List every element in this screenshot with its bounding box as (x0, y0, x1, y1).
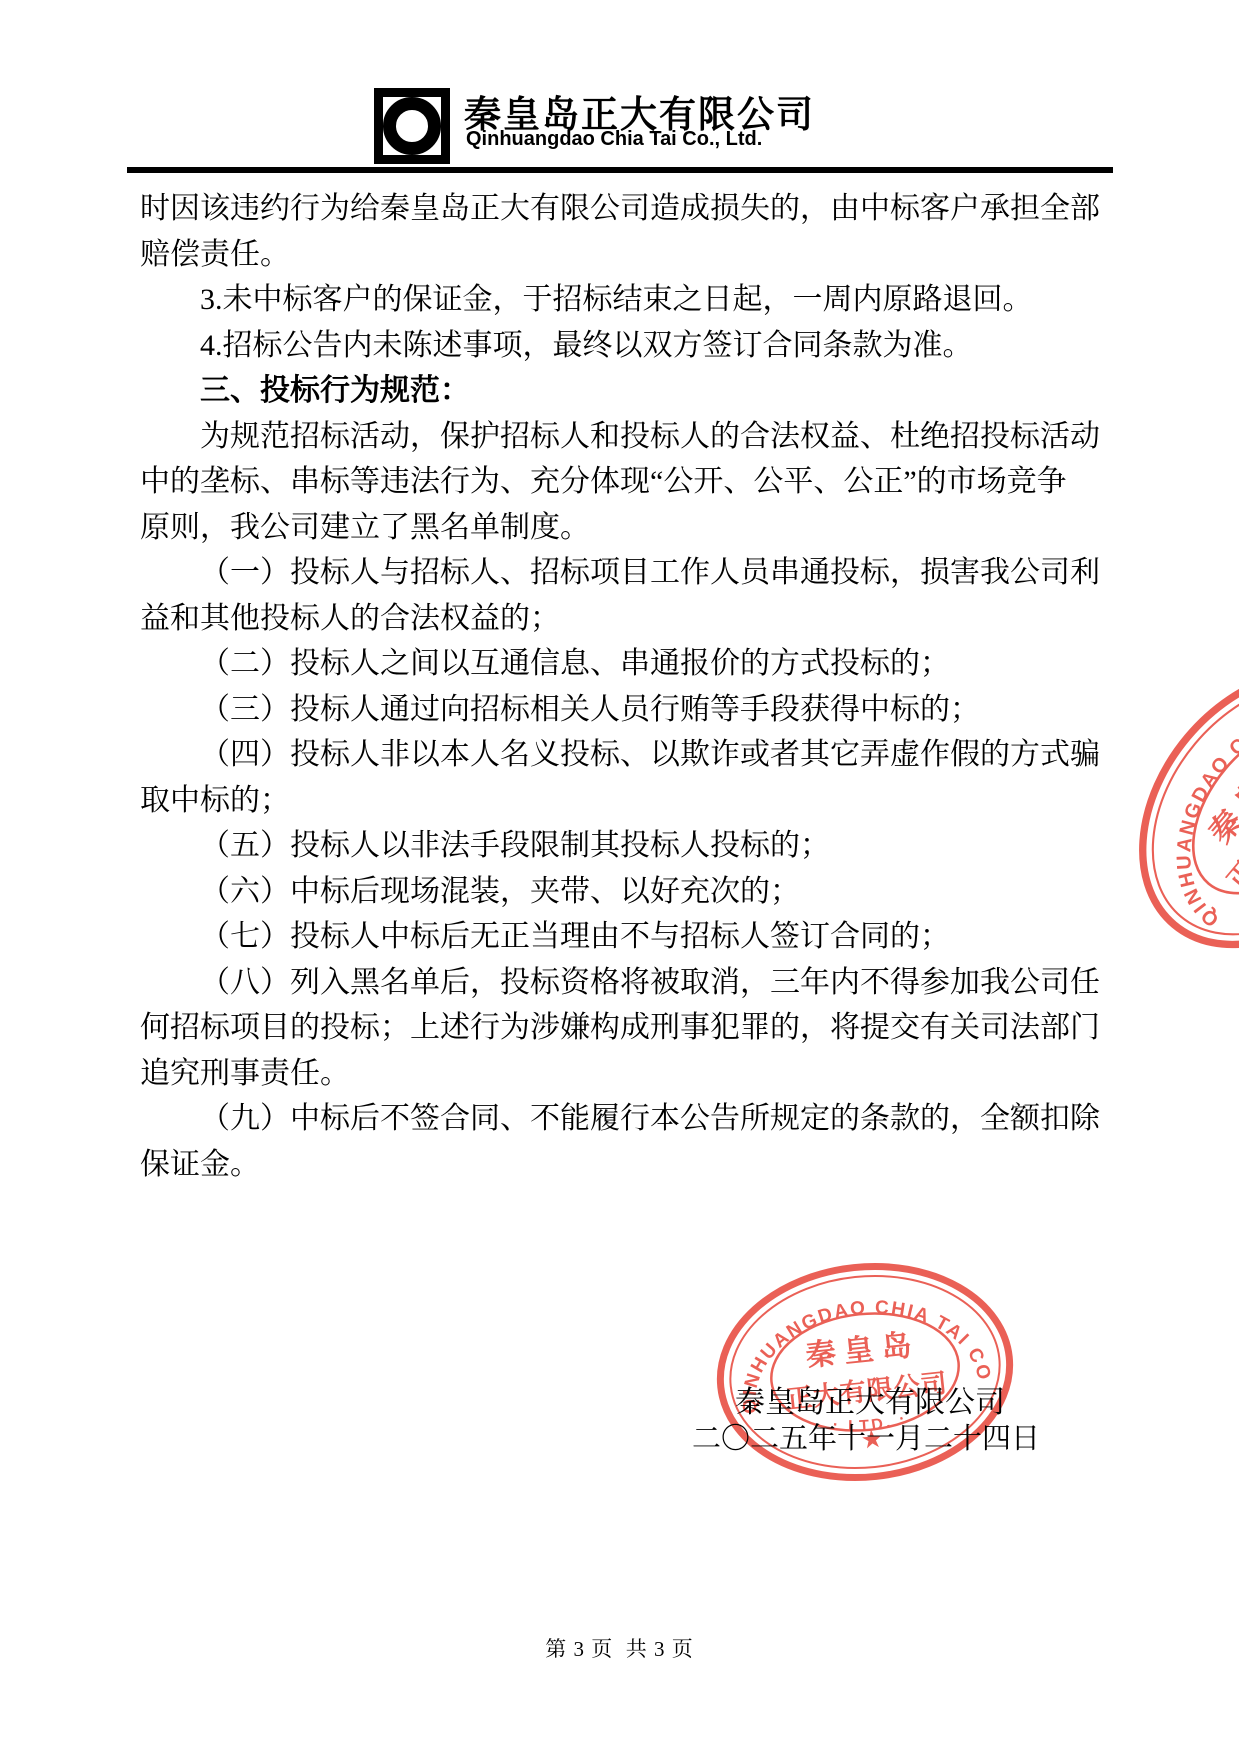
body-line: （五）投标人以非法手段限制其投标人投标的； (140, 823, 1116, 869)
body-line: 3.未中标客户的保证金，于招标结束之日起，一周内原路退回。 (140, 277, 1116, 323)
seal-icon: QINHUANGDAO CHIA TAI CO. · LTD. · 秦皇岛 正大… (682, 1225, 1047, 1519)
body-line: 何招标项目的投标；上述行为涉嫌构成刑事犯罪的，将提交有关司法部门 (140, 1005, 1116, 1051)
body-line: （四）投标人非以本人名义投标、以欺诈或者其它弄虚作假的方式骗 (140, 732, 1116, 778)
logo-ring-icon (383, 97, 441, 155)
header-rule (127, 167, 1113, 173)
body-line: （七）投标人中标后无正当理由不与招标人签订合同的； (140, 914, 1116, 960)
svg-text:秦皇岛: 秦皇岛 (804, 1327, 921, 1373)
body-line: 追究刑事责任。 (140, 1051, 1116, 1097)
body-line: （一）投标人与招标人、招标项目工作人员串通投标，损害我公司利 (140, 550, 1116, 596)
body-line: 赔偿责任。 (140, 232, 1116, 278)
body-line: （八）列入黑名单后，投标资格将被取消，三年内不得参加我公司任 (140, 960, 1116, 1006)
page-number: 第 3 页 共 3 页 (0, 1633, 1239, 1663)
body-line: 中的垄标、串标等违法行为、充分体现“公开、公平、公正”的市场竞争 (140, 459, 1116, 505)
company-seal-stamp: QINHUANGDAO CHIA TAI CO. · LTD. · 秦皇岛 正大… (682, 1225, 1047, 1519)
company-logo-icon (374, 88, 450, 164)
section-heading: 三、投标行为规范： (140, 368, 1116, 414)
body-line: （三）投标人通过向招标相关人员行贿等手段获得中标的； (140, 687, 1116, 733)
body-line: （六）中标后现场混装，夹带、以好充次的； (140, 869, 1116, 915)
document-body: 时因该违约行为给秦皇岛正大有限公司造成损失的，由中标客户承担全部 赔偿责任。 3… (140, 186, 1116, 1187)
document-page: 秦皇岛正大有限公司 Qinhuangdao Chia Tai Co., Ltd.… (0, 0, 1239, 1754)
body-line: 取中标的； (140, 778, 1116, 824)
signature-date: 二〇二五年十一月二十四日 (692, 1416, 1040, 1457)
body-line: 原则，我公司建立了黑名单制度。 (140, 505, 1116, 551)
signature-company: 秦皇岛正大有限公司 (735, 1377, 1005, 1421)
body-line: 保证金。 (140, 1142, 1116, 1188)
body-line: 时因该违约行为给秦皇岛正大有限公司造成损失的，由中标客户承担全部 (140, 186, 1116, 232)
body-line: 益和其他投标人的合法权益的； (140, 596, 1116, 642)
body-line: （九）中标后不签合同、不能履行本公告所规定的条款的，全额扣除 (140, 1096, 1116, 1142)
body-line: （二）投标人之间以互通信息、串通报价的方式投标的； (140, 641, 1116, 687)
body-line: 4.招标公告内未陈述事项，最终以双方签订合同条款为准。 (140, 323, 1116, 369)
body-line: 为规范招标活动，保护招标人和投标人的合法权益、杜绝招投标活动 (140, 414, 1116, 460)
company-name-en: Qinhuangdao Chia Tai Co., Ltd. (466, 128, 762, 151)
